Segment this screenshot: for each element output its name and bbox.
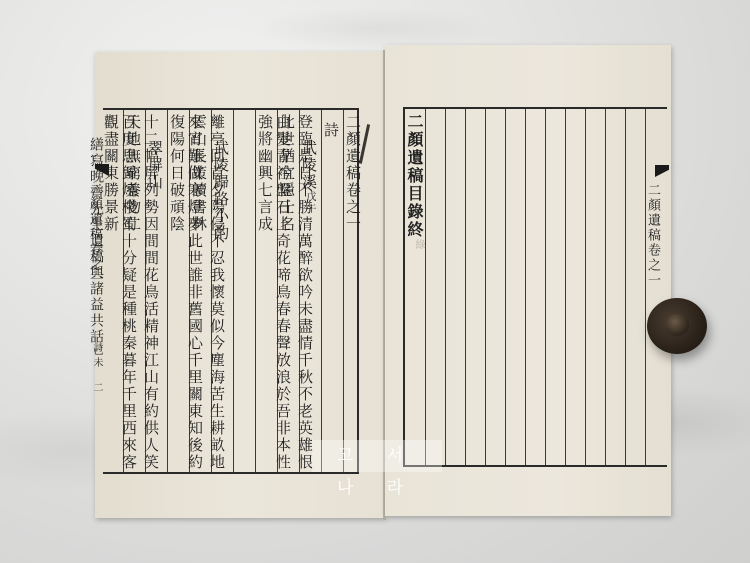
- poem-line: 來宵難做寒燈夢此世誰非舊國心千里關東知後約復陽何日破頑陰: [168, 114, 204, 472]
- margin-section: 詩: [87, 342, 105, 354]
- poem-line: 白髮青衿盤石上奇花啼鳥春春聲放浪於吾非本性強將幽興七言成: [256, 114, 292, 472]
- left-print-frame: 二顏遺稿卷之一 詩 武陵溪戊午 登臨是日不勝清萬醉欲吟未盡情千秋不老英雄恨此世猶…: [103, 108, 359, 474]
- paperweight-knob: [665, 314, 689, 336]
- volume-title: 二顏遺稿卷之一: [344, 114, 362, 233]
- section-heading: 詩: [322, 122, 340, 139]
- margin-label: 二顏遺稿卷之一: [643, 183, 661, 288]
- page-number: 二: [87, 382, 105, 394]
- closing-note: 綠: [409, 239, 427, 251]
- watermark: 고 서 나 라: [312, 440, 442, 472]
- right-print-frame: 二顏遺稿目錄終 綠: [403, 107, 667, 467]
- paperweight: [647, 298, 707, 354]
- table-of-contents-end: 二顏遺稿目錄終: [405, 113, 423, 239]
- margin-label: 二顏遺稿卷之一: [85, 182, 103, 287]
